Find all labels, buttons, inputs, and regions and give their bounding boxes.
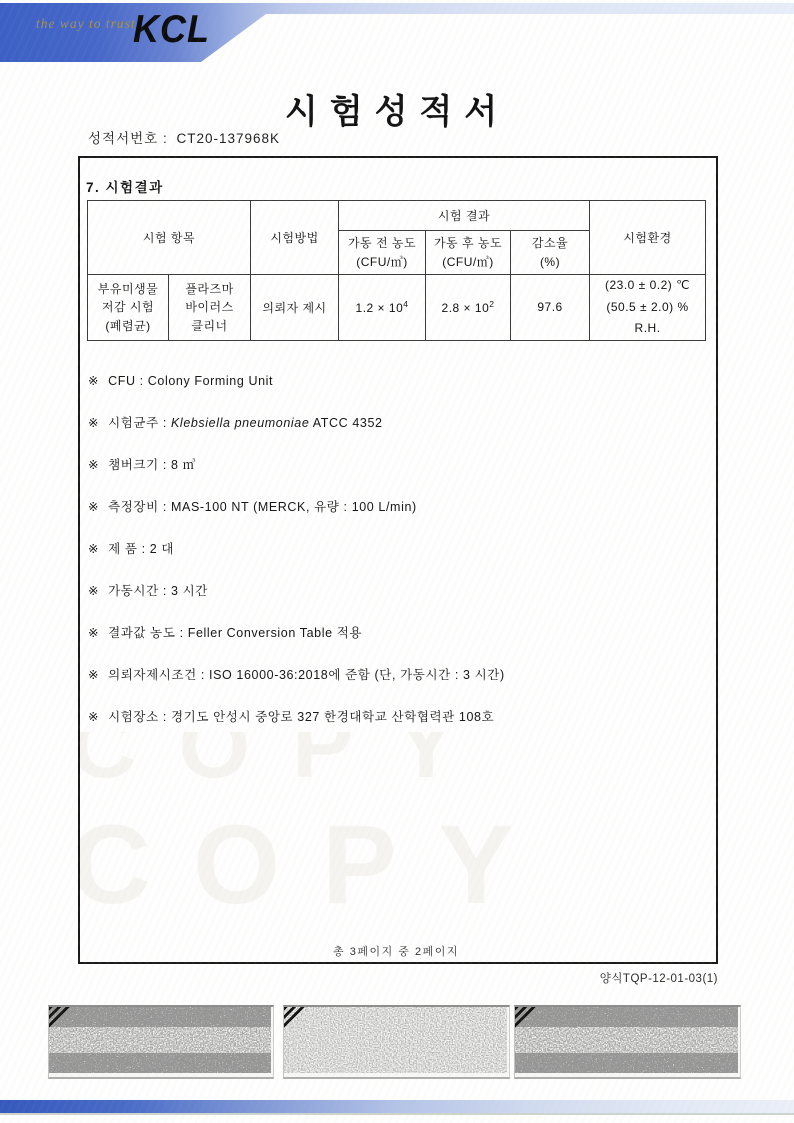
note-equipment: ※측정장비 : MAS-100 NT (MERCK, 유량 : 100 L/mi… — [88, 500, 688, 514]
security-noise-block — [48, 1005, 274, 1079]
report-number-value: CT20-137968K — [176, 131, 280, 146]
noise-texture — [515, 1007, 738, 1073]
page-count: 총 3페이지 중 2페이지 — [78, 943, 714, 959]
form-number: 양식TQP-12-01-03(1) — [600, 970, 718, 986]
col-header-test-item: 시험 항목 — [88, 201, 251, 275]
noise-texture — [49, 1007, 271, 1073]
reference-mark-icon: ※ — [88, 584, 99, 598]
cell-reduction: 97.6 — [511, 275, 590, 341]
col-header-environment: 시험환경 — [590, 201, 706, 275]
col-header-reduction: 감소율 (%) — [511, 231, 590, 275]
scanned-test-report-page: the way to trust KCL 시험성적서 성적서번호 : CT20-… — [0, 0, 794, 1123]
reference-mark-icon: ※ — [88, 458, 99, 472]
bottom-gradient-bar — [0, 1100, 794, 1115]
report-number: 성적서번호 : CT20-137968K — [88, 127, 280, 147]
after-exponent: 2 — [489, 299, 494, 309]
note-feller: ※결과값 농도 : Feller Conversion Table 적용 — [88, 626, 688, 640]
cell-method: 의뢰자 제시 — [251, 275, 339, 341]
col-header-test-method: 시험방법 — [251, 201, 339, 275]
reference-mark-icon: ※ — [88, 710, 99, 724]
header-band — [0, 3, 794, 62]
table-row: 부유미생물 저감 시험 (폐렴균) 플라즈마 바이러스 클리너 의뢰자 제시 1… — [88, 275, 706, 341]
security-noise-block — [283, 1005, 510, 1079]
reference-mark-icon: ※ — [88, 500, 99, 514]
reference-mark-icon: ※ — [88, 374, 99, 388]
cell-before: 1.2 × 104 — [339, 275, 426, 341]
col-header-after: 가동 후 농도 (CFU/㎥) — [426, 231, 511, 275]
after-value: 2.8 × 10 — [442, 301, 490, 315]
note-location: ※시험장소 : 경기도 안성시 중앙로 327 한경대학교 산학협력관 108호 — [88, 710, 688, 724]
before-value: 1.2 × 10 — [356, 301, 404, 315]
kcl-tagline: the way to trust — [36, 16, 136, 32]
col-header-before: 가동 전 농도 (CFU/㎥) — [339, 231, 426, 275]
before-exponent: 4 — [403, 299, 408, 309]
noise-texture — [284, 1007, 507, 1073]
note-chamber: ※챔버크기 : 8 ㎥ — [88, 458, 688, 472]
note-cfu: ※CFU : Colony Forming Unit — [88, 374, 688, 388]
reference-mark-icon: ※ — [88, 542, 99, 556]
cell-test-item: 부유미생물 저감 시험 (폐렴균) — [88, 275, 169, 341]
note-runtime: ※가동시간 : 3 시간 — [88, 584, 688, 598]
notes-list: ※CFU : Colony Forming Unit ※시험균주 : Klebs… — [88, 374, 688, 752]
cell-after: 2.8 × 102 — [426, 275, 511, 341]
reference-mark-icon: ※ — [88, 668, 99, 682]
security-noise-block — [514, 1005, 741, 1079]
note-strain: ※시험균주 : Klebsiella pneumoniae ATCC 4352 — [88, 416, 688, 430]
note-product-count: ※제 품 : 2 대 — [88, 542, 688, 556]
reference-mark-icon: ※ — [88, 626, 99, 640]
kcl-logo: KCL — [133, 6, 210, 51]
col-header-result-group: 시험 결과 — [339, 201, 590, 231]
results-table: 시험 항목 시험방법 시험 결과 시험환경 가동 전 농도 (CFU/㎥) 가동… — [87, 200, 706, 341]
species-name: Klebsiella pneumoniae — [171, 416, 309, 430]
section-heading: 7. 시험결과 — [86, 176, 164, 196]
report-number-label: 성적서번호 : — [88, 131, 168, 146]
page-title: 시험성적서 — [0, 84, 794, 133]
cell-environment: (23.0 ± 0.2) ℃ (50.5 ± 2.0) % R.H. — [590, 275, 706, 341]
note-client-condition: ※의뢰자제시조건 : ISO 16000-36:2018에 준함 (단, 가동시… — [88, 668, 688, 682]
cell-product: 플라즈마 바이러스 클리너 — [169, 275, 251, 341]
reference-mark-icon: ※ — [88, 416, 99, 430]
